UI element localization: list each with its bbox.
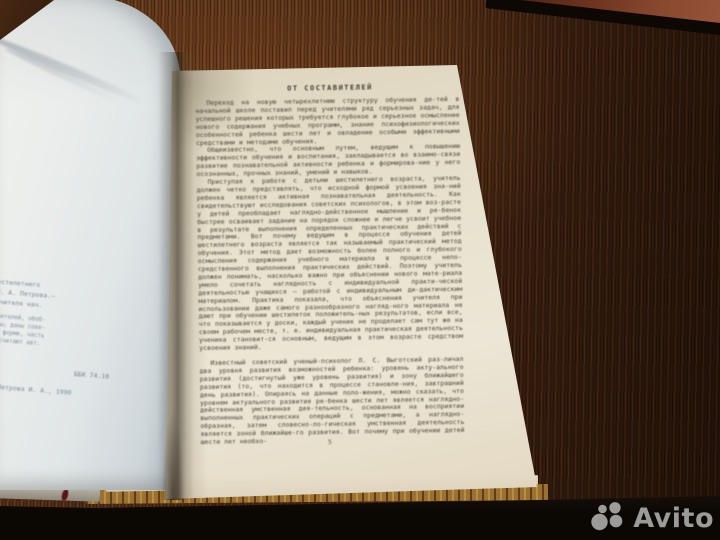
page-number: 5 (200, 438, 460, 446)
avito-dots-logo-icon (590, 502, 628, 534)
pencil-mark (3, 46, 120, 105)
imprint-block: ние детей шестилетнего ов / Сост. И. А. … (0, 273, 130, 401)
photo-open-book-on-table: ние детей шестилетнего ов / Сост. И. А. … (0, 0, 720, 540)
page-body-text: Переход на новую четырехлетнюю структуру… (195, 96, 464, 447)
paragraph: Переход на новую четырехлетнюю структуру… (195, 96, 460, 148)
pencil-mark (0, 32, 148, 107)
paragraph: Приступая к работе с детьми шестилетнего… (197, 175, 464, 353)
book-gutter-shadow (158, 52, 194, 500)
paragraph: Известный советский ученый-психолог Л. С… (199, 356, 464, 447)
avito-watermark: Avito (590, 502, 714, 534)
bbk-classification: ББК 74.10 (0, 359, 123, 383)
left-book-page (0, 0, 180, 490)
avito-watermark-text: Avito (633, 505, 714, 532)
